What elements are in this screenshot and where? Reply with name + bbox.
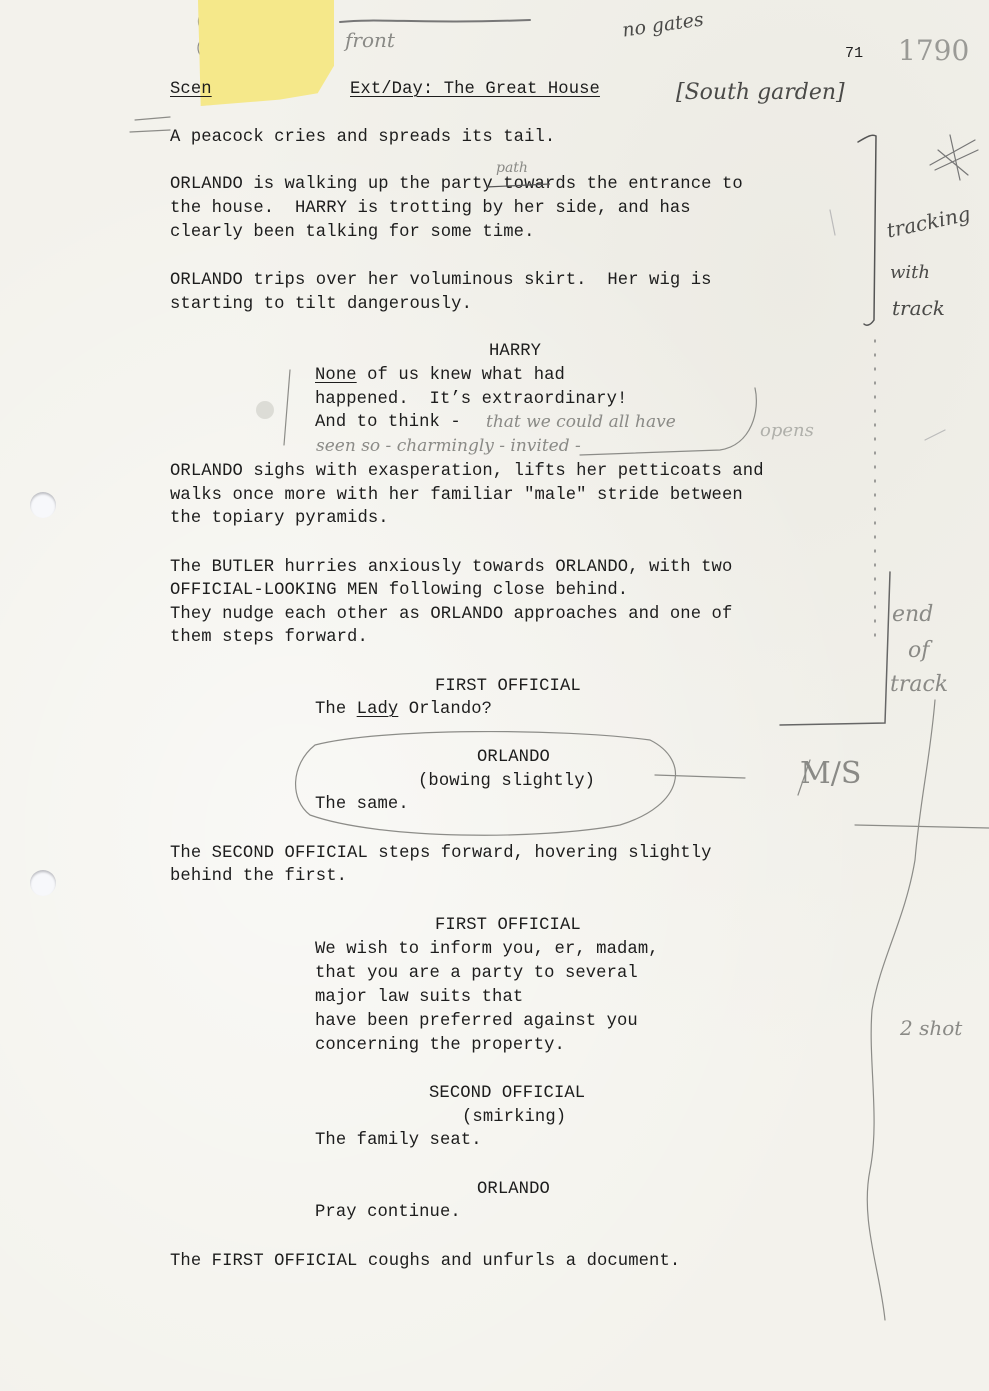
action-first-official-coughs: The FIRST OFFICIAL coughs and unfurls a … [170, 1250, 680, 1274]
page-number: 71 [845, 42, 863, 66]
annotation-of: of [908, 638, 929, 663]
action-orlando-sighs-line1: ORLANDO sighs with exasperation, lifts h… [170, 460, 764, 484]
dialogue-harry-line1-rest: of us knew what had [357, 366, 565, 385]
annotation-opens: opens [760, 420, 814, 441]
dialogue-first-official-2-line2: that you are a party to several [315, 962, 638, 986]
action-butler-line1: The BUTLER hurries anxiously towards ORL… [170, 556, 732, 580]
dialogue-harry-line1: None of us knew what had [315, 364, 565, 388]
dialogue-first-official-2-line5: concerning the property. [315, 1034, 565, 1058]
punch-hole-lower [30, 870, 56, 896]
character-cue-first-official: FIRST OFFICIAL [435, 675, 581, 699]
dialogue-first-official-2-line3: major law suits that [315, 986, 523, 1010]
punch-hole-upper [30, 492, 56, 518]
action-butler-line2: OFFICIAL-LOOKING MEN following close beh… [170, 579, 628, 603]
dialogue-second-official: The family seat. [315, 1129, 482, 1153]
action-orlando-sighs-line2: walks once more with her familiar "male"… [170, 484, 743, 508]
character-cue-orlando-2: ORLANDO [477, 1178, 550, 1202]
action-peacock: A peacock cries and spreads its tail. [170, 126, 555, 150]
annotation-with: with [890, 262, 930, 283]
dialogue-emphasis-lady: Lady [357, 700, 399, 719]
dialogue-first-official-1: The Lady Orlando? [315, 698, 492, 722]
character-cue-first-official-2: FIRST OFFICIAL [435, 914, 581, 938]
annotation-track-end: track [890, 672, 948, 697]
annotation-end: end [892, 602, 933, 627]
dialogue-first-official-2-line1: We wish to inform you, er, madam, [315, 938, 659, 962]
action-butler-line3: They nudge each other as ORLANDO approac… [170, 603, 732, 627]
action-second-official-line2: behind the first. [170, 865, 347, 889]
action-orlando-walking-line2: the house. HARRY is trotting by her side… [170, 197, 691, 221]
character-cue-second-official: SECOND OFFICIAL [429, 1082, 585, 1106]
action-orlando-trips-line2: starting to tilt dangerously. [170, 293, 472, 317]
annotation-two-shot: 2 shot [900, 1016, 962, 1040]
action-second-official-line1: The SECOND OFFICIAL steps forward, hover… [170, 842, 712, 866]
parenthetical-smirking: (smirking) [462, 1106, 566, 1130]
action-orlando-sighs-line3: the topiary pyramids. [170, 507, 389, 531]
action-orlando-walking-line3: clearly been talking for some time. [170, 221, 535, 245]
action-butler-line4: them steps forward. [170, 626, 368, 650]
annotation-harry-addition-2: seen so - charmingly - invited - [316, 436, 581, 456]
dialogue-harry-emphasis: None [315, 366, 357, 385]
action-orlando-walking-line1-text: ORLANDO is walking up the party towards … [170, 175, 743, 194]
dialogue-harry-line2: happened. It’s extraordinary! [315, 388, 627, 412]
dialogue-pre: The [315, 700, 357, 719]
action-orlando-walking-line1: ORLANDO is walking up the party towards … [170, 173, 743, 197]
action-orlando-trips-line1: ORLANDO trips over her voluminous skirt.… [170, 269, 712, 293]
dialogue-harry-line3: And to think - [315, 411, 461, 435]
character-cue-orlando: ORLANDO [477, 746, 550, 770]
character-cue-harry: HARRY [489, 340, 541, 364]
dialogue-orlando-1: The same. [315, 793, 409, 817]
annotation-track: track [892, 296, 945, 320]
annotation-year: 1790 [898, 34, 969, 67]
dialogue-orlando-2: Pray continue. [315, 1201, 461, 1225]
parenthetical-bowing: (bowing slightly) [418, 770, 595, 794]
scene-heading-start: Scen [170, 78, 212, 102]
annotation-ms: M/S [800, 756, 861, 791]
scene-heading: Ext/Day: The Great House [350, 78, 600, 102]
dialogue-post: Orlando? [398, 700, 492, 719]
sticky-note [198, 0, 334, 106]
annotation-south-garden: [South garden] [676, 80, 845, 105]
annotation-front: front [345, 28, 395, 52]
annotation-harry-addition-1: that we could all have [486, 412, 676, 432]
dialogue-first-official-2-line4: have been preferred against you [315, 1010, 638, 1034]
